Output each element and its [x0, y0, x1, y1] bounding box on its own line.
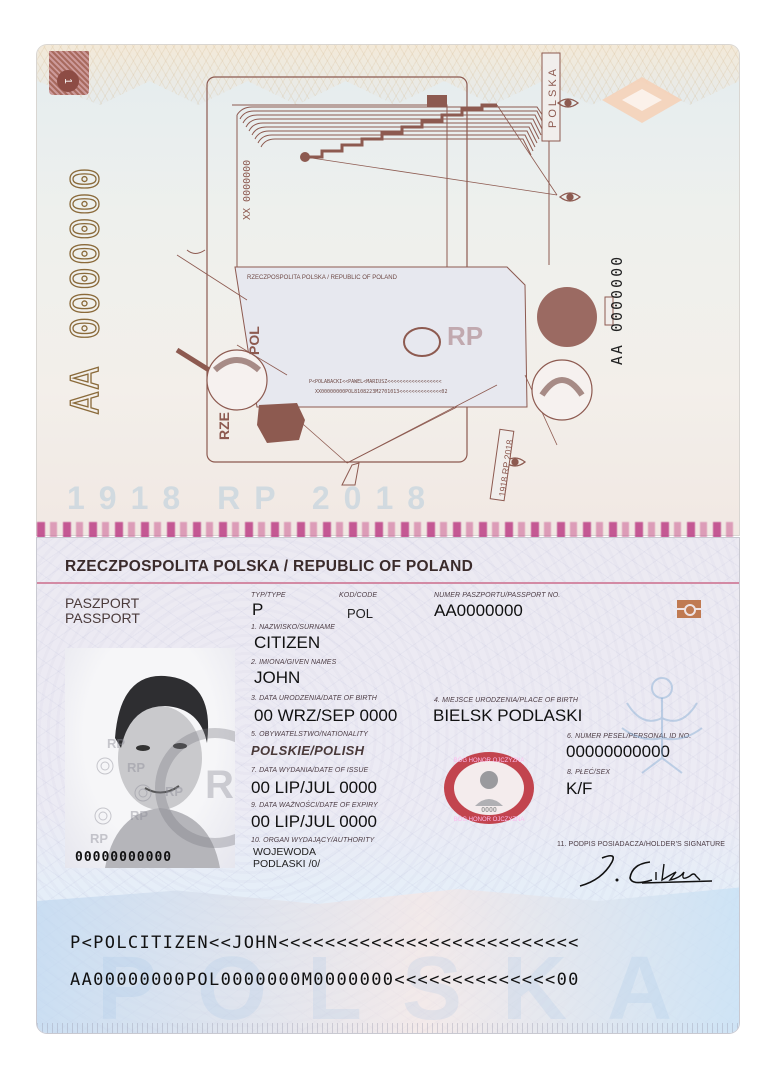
passport-data-page: RZECZPOSPOLITA POLSKA / REPUBLIC OF POLA… — [37, 538, 739, 1033]
biometric-chip-icon — [677, 600, 701, 618]
svg-text:RZECZPOSPOLITA POLSKA / REPUBL: RZECZPOSPOLITA POLSKA / REPUBLIC OF POLA… — [247, 275, 398, 281]
authority-value: WOJEWODA PODLASKI /0/ — [253, 846, 320, 870]
svg-text:RP: RP — [90, 831, 108, 846]
ghost-image-hologram: BÓG HONOR OJCZYZNA BÓG HONOR OJCZYZNA 00… — [441, 748, 537, 828]
upper-page-watermark: 1918 RP 2018 — [67, 480, 717, 510]
header-separator: / — [284, 558, 289, 575]
perforated-document-number: AA 0000000 — [65, 155, 105, 425]
sex-value: K/F — [566, 779, 592, 799]
surname-value: CITIZEN — [254, 633, 320, 653]
mrz-line-2: AA00000000POL0000000M0000000<<<<<<<<<<<<… — [70, 970, 580, 990]
page-edge-pattern — [37, 1023, 739, 1033]
mrz-line-1: P<POLCITIZEN<<JOHN<<<<<<<<<<<<<<<<<<<<<<… — [70, 933, 580, 953]
issuing-country-header: RZECZPOSPOLITA POLSKA / REPUBLIC OF POLA… — [65, 558, 473, 576]
place-of-birth-value: BIELSK PODLASKI — [433, 706, 582, 726]
date-of-birth-value: 00 WRZ/SEP 0000 — [254, 706, 397, 726]
photo-serial-number: 00000000000 — [75, 850, 172, 865]
date-of-issue-label: 7. DATA WYDANIA/DATE OF ISSUE — [251, 767, 368, 774]
svg-text:RP: RP — [447, 321, 483, 351]
date-of-expiry-value: 00 LIP/JUL 0000 — [251, 812, 377, 832]
given-names-value: JOHN — [254, 668, 300, 688]
document-type-label: PASZPORT PASSPORT — [65, 596, 140, 626]
type-label: TYP/TYPE — [251, 592, 286, 599]
svg-text:RP: RP — [127, 760, 145, 775]
svg-text:RP: RP — [165, 784, 183, 799]
svg-text:R: R — [205, 763, 234, 807]
passport-upper-page: 1 POLSKA RZE — [37, 45, 739, 535]
passport-number-value: AA0000000 — [434, 601, 523, 621]
polska-tag: POLSKA — [547, 66, 559, 128]
country-name-en: REPUBLIC OF POLAND — [293, 558, 473, 575]
date-of-expiry-label: 9. DATA WAŻNOŚCI/DATE OF EXPIRY — [251, 802, 378, 809]
svg-text:RP: RP — [107, 736, 125, 751]
nationality-label: 5. OBYWATELSTWO/NATIONALITY — [251, 731, 368, 738]
date-of-issue-value: 00 LIP/JUL 0000 — [251, 778, 377, 798]
code-label: KOD/CODE — [339, 592, 377, 599]
svg-text:P<POLABACKI<<PAWEL<MARIUSZ<<<<: P<POLABACKI<<PAWEL<MARIUSZ<<<<<<<<<<<<<<… — [309, 379, 441, 385]
place-of-birth-label: 4. MIEJSCE URODZENIA/PLACE OF BIRTH — [434, 697, 578, 704]
authority-label: 10. ORGAN WYDAJĄCY/AUTHORITY — [251, 837, 374, 844]
country-name-pl: RZECZPOSPOLITA POLSKA — [65, 558, 279, 575]
svg-text:RP: RP — [130, 808, 148, 823]
holder-photo: R RP RP RP RP RP — [65, 648, 235, 868]
holder-signature — [572, 850, 722, 890]
portrait-image: R RP RP RP RP RP — [65, 648, 235, 868]
nationality-value: POLSKIE/POLISH — [251, 743, 364, 758]
svg-text:POL: POL — [246, 326, 262, 355]
svg-text:BÓG HONOR OJCZYZNA: BÓG HONOR OJCZYZNA — [454, 757, 525, 764]
svg-text:BÓG HONOR OJCZYZNA: BÓG HONOR OJCZYZNA — [454, 816, 525, 823]
passport-number-label: NUMER PASZPORTU/PASSPORT No. — [434, 592, 560, 599]
svg-text:XX 0000000: XX 0000000 — [242, 160, 253, 220]
given-names-label: 2. IMIONA/GIVEN NAMES — [251, 659, 336, 666]
eagle-emblem-icon — [607, 658, 717, 788]
signature-label: 11. PODPIS POSIADACZA/HOLDER'S SIGNATURE — [557, 841, 725, 848]
upper-page-serial: AA 0000000 — [597, 235, 637, 385]
header-rule — [37, 580, 739, 586]
date-of-birth-label: 3. DATA URODZENIA/DATE OF BIRTH — [251, 695, 377, 702]
type-value: P — [252, 600, 263, 620]
sex-label: 8. PŁEĆ/SEX — [567, 769, 610, 776]
code-value: POL — [347, 606, 373, 621]
svg-text:XX00000000POL8108223M2701013<<: XX00000000POL8108223M2701013<<<<<<<<<<<<… — [315, 389, 447, 395]
svg-text:0000: 0000 — [481, 807, 497, 814]
svg-text:RZE: RZE — [216, 412, 232, 440]
surname-label: 1. NAZWISKO/SURNAME — [251, 624, 335, 631]
